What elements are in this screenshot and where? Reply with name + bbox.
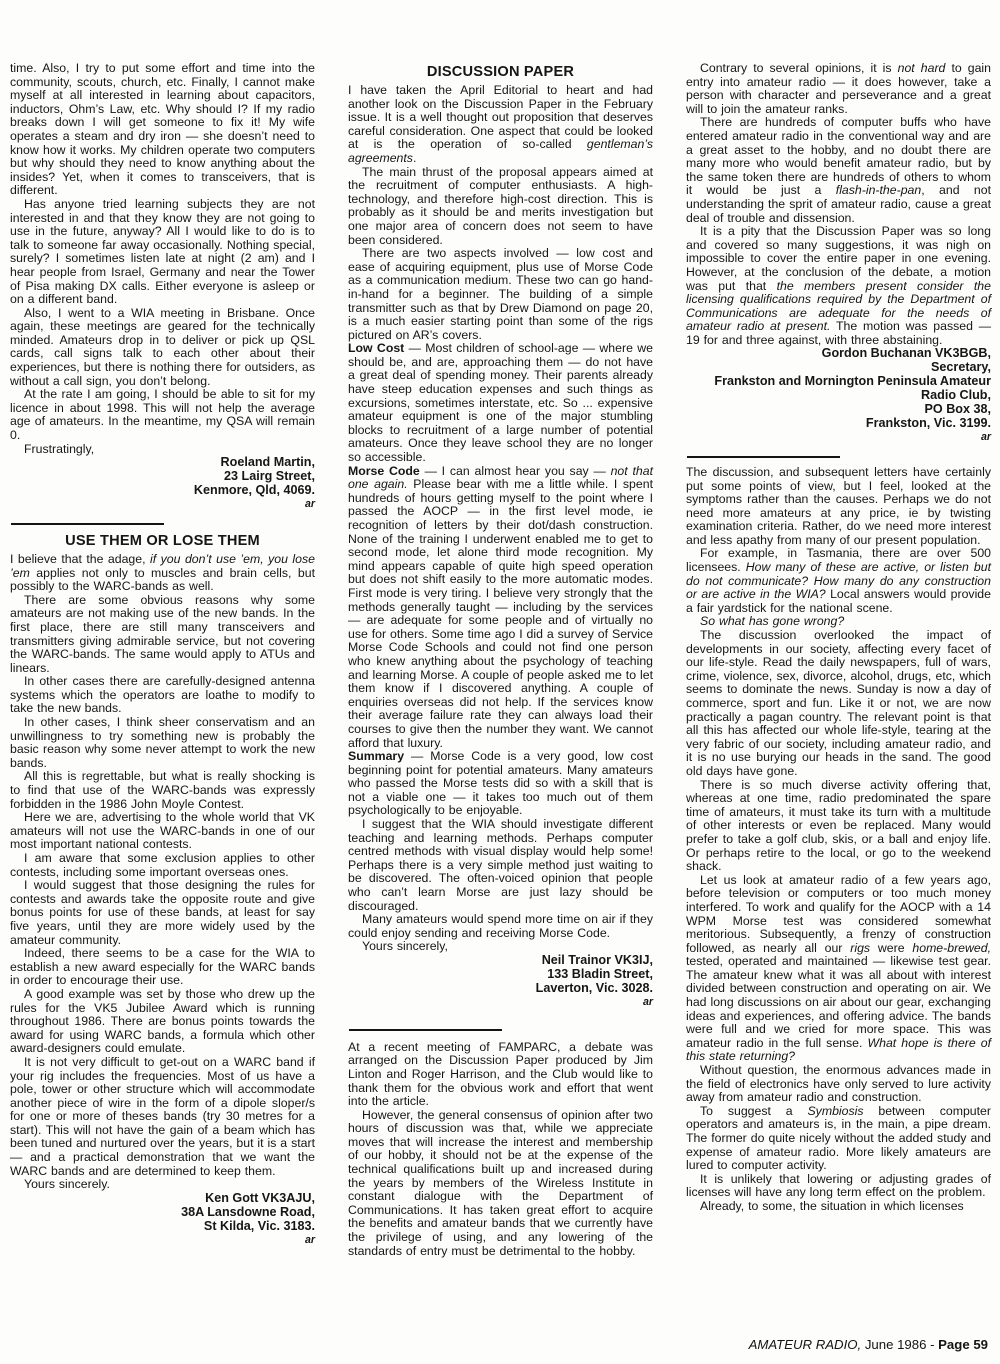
- text-run: At a recent meeting of FAMPARC, a debate…: [348, 1040, 653, 1108]
- italic-text-run: flash-in-the-pan: [836, 183, 921, 197]
- text-run: It is not very difficult to get-out on a…: [10, 1055, 315, 1178]
- signature-line: Kenmore, Qld, 4069.: [10, 484, 315, 498]
- paragraph: In other cases, I think sheer conservati…: [10, 716, 315, 770]
- end-mark: ar: [348, 996, 653, 1008]
- text-run: I believe that the adage,: [10, 552, 150, 566]
- paragraph: So what has gone wrong?: [686, 615, 991, 629]
- text-run: In other cases there are carefully-desig…: [10, 674, 315, 715]
- paragraph: Let us look at amateur radio of a few ye…: [686, 874, 991, 1064]
- text-run: Please bear with me a little while. I sp…: [348, 477, 653, 749]
- signature-line: PO Box 38,: [686, 403, 991, 417]
- section-divider: [349, 1029, 502, 1031]
- page-footer: AMATEUR RADIO, June 1986 - Page 59: [749, 1337, 988, 1352]
- italic-text-run: rigs: [850, 941, 870, 955]
- text-run: time. Also, I try to put some effort and…: [10, 61, 315, 197]
- end-mark: ar: [10, 1234, 315, 1246]
- paragraph: Low Cost — Most children of school-age —…: [348, 342, 653, 464]
- paragraph: I would suggest that those designing the…: [10, 879, 315, 947]
- signature-line: Neil Trainor VK3IJ,: [348, 954, 653, 968]
- signature-line: Frankston and Mornington Peninsula Amate…: [686, 375, 991, 389]
- paragraph: Summary — Morse Code is a very good, low…: [348, 750, 653, 818]
- letter-signature: Neil Trainor VK3IJ,133 Bladin Street,Lav…: [348, 954, 653, 1008]
- footer-page-number: Page 59: [938, 1337, 988, 1352]
- text-run: The main thrust of the proposal appears …: [348, 165, 653, 247]
- paragraph: There are hundreds of computer buffs who…: [686, 116, 991, 225]
- footer-issue-date: June 1986 -: [861, 1337, 938, 1352]
- text-run: There are two aspects involved — low cos…: [348, 246, 653, 342]
- signature-line: Ken Gott VK3AJU,: [10, 1192, 315, 1206]
- text-run: — Most children of school-age — where we…: [348, 341, 653, 464]
- paragraph: Morse Code — I can almost hear you say —…: [348, 465, 653, 750]
- text-run: .: [413, 151, 416, 165]
- paragraph: In other cases there are carefully-desig…: [10, 675, 315, 716]
- paragraph: Has anyone tried learning subjects they …: [10, 198, 315, 307]
- text-run: — I can almost hear you say —: [420, 464, 611, 478]
- text-run: However, the general consensus of opinio…: [348, 1108, 653, 1258]
- text-run: Has anyone tried learning subjects they …: [10, 197, 315, 306]
- text-run: I would suggest that those designing the…: [10, 878, 315, 946]
- signature-line: Gordon Buchanan VK3BGB,: [686, 347, 991, 361]
- text-run: Many amateurs would spend more time on a…: [348, 912, 653, 940]
- text-run: A good example was set by those who drew…: [10, 987, 315, 1055]
- text-run: There is so much diverse activity offeri…: [686, 778, 991, 874]
- paragraph: Here we are, advertising to the whole wo…: [10, 811, 315, 852]
- paragraph: A good example was set by those who drew…: [10, 988, 315, 1056]
- signature-line: Laverton, Vic. 3028.: [348, 982, 653, 996]
- italic-text-run: home-brewed,: [912, 941, 991, 955]
- paragraph: time. Also, I try to put some effort and…: [10, 62, 315, 198]
- paragraph: I have taken the April Editorial to hear…: [348, 84, 653, 166]
- text-run: The discussion, and subsequent letters h…: [686, 465, 991, 547]
- paragraph: Indeed, there seems to be a case for the…: [10, 947, 315, 988]
- paragraph: There is so much diverse activity offeri…: [686, 779, 991, 874]
- column-middle: DISCUSSION PAPERI have taken the April E…: [348, 62, 653, 1258]
- paragraph: The discussion overlooked the impact of …: [686, 629, 991, 779]
- paragraph: However, the general consensus of opinio…: [348, 1109, 653, 1259]
- signature-line: 133 Bladin Street,: [348, 968, 653, 982]
- italic-text-run: So what has gone wrong?: [700, 614, 844, 628]
- text-run: Indeed, there seems to be a case for the…: [10, 946, 315, 987]
- text-run: In other cases, I think sheer conservati…: [10, 715, 315, 770]
- paragraph: Yours sincerely.: [10, 1178, 315, 1192]
- signature-line: 38A Lansdowne Road,: [10, 1206, 315, 1220]
- text-run: The discussion overlooked the impact of …: [686, 628, 991, 778]
- signature-line: St Kilda, Vic. 3183.: [10, 1220, 315, 1234]
- paragraph: For example, in Tasmania, there are over…: [686, 547, 991, 615]
- end-mark: ar: [10, 498, 315, 510]
- text-run: Yours sincerely,: [362, 939, 448, 953]
- paragraph: I am aware that some exclusion applies t…: [10, 852, 315, 879]
- magazine-page: time. Also, I try to put some effort and…: [0, 0, 1000, 1364]
- text-run: Without question, the enormous advances …: [686, 1063, 991, 1104]
- text-run: I suggest that the WIA should investigat…: [348, 817, 653, 913]
- footer-magazine-title: AMATEUR RADIO,: [749, 1337, 862, 1352]
- text-run: Yours sincerely.: [24, 1177, 110, 1191]
- text-run: To suggest a: [700, 1104, 807, 1118]
- text-run: Already, to some, the situation in which…: [700, 1199, 964, 1213]
- text-run: I am aware that some exclusion applies t…: [10, 851, 315, 879]
- signature-line: 23 Lairg Street,: [10, 470, 315, 484]
- signature-line: Frankston, Vic. 3199.: [686, 417, 991, 431]
- text-run: Also, I went to a WIA meeting in Brisban…: [10, 306, 315, 388]
- bold-text-run: Low Cost: [348, 341, 404, 355]
- bold-text-run: Summary: [348, 749, 404, 763]
- paragraph: The main thrust of the proposal appears …: [348, 166, 653, 248]
- text-run: applies not only to muscles and brain ce…: [10, 566, 315, 594]
- paragraph: I believe that the adage, if you don’t u…: [10, 553, 315, 594]
- section-divider: [11, 523, 164, 525]
- paragraph: Many amateurs would spend more time on a…: [348, 913, 653, 940]
- letters-columns: time. Also, I try to put some effort and…: [10, 62, 993, 1258]
- letter-signature: Gordon Buchanan VK3BGB,Secretary,Frankst…: [686, 347, 991, 442]
- text-run: At the rate I am going, I should be able…: [10, 387, 315, 442]
- signature-line: Secretary,: [686, 361, 991, 375]
- paragraph: Also, I went to a WIA meeting in Brisban…: [10, 307, 315, 389]
- paragraph: Without question, the enormous advances …: [686, 1064, 991, 1105]
- end-mark: ar: [686, 431, 991, 443]
- text-run: Frustratingly,: [24, 442, 94, 456]
- paragraph: It is not very difficult to get-out on a…: [10, 1056, 315, 1178]
- paragraph: Already, to some, the situation in which…: [686, 1200, 991, 1214]
- italic-text-run: Symbiosis: [807, 1104, 863, 1118]
- bold-text-run: Morse Code: [348, 464, 420, 478]
- paragraph: I suggest that the WIA should investigat…: [348, 818, 653, 913]
- signature-line: Roeland Martin,: [10, 456, 315, 470]
- paragraph: There are two aspects involved — low cos…: [348, 247, 653, 342]
- paragraph: There are some obvious reasons why some …: [10, 594, 315, 676]
- paragraph: It is a pity that the Discussion Paper w…: [686, 225, 991, 347]
- paragraph: Contrary to several opinions, it is not …: [686, 62, 991, 116]
- text-run: All this is regrettable, but what is rea…: [10, 769, 315, 810]
- text-run: Here we are, advertising to the whole wo…: [10, 810, 315, 851]
- section-heading: DISCUSSION PAPER: [348, 64, 653, 81]
- italic-text-run: not hard: [898, 61, 946, 75]
- paragraph: Frustratingly,: [10, 443, 315, 457]
- paragraph: It is unlikely that lowering or adjustin…: [686, 1173, 991, 1200]
- text-run: were: [870, 941, 912, 955]
- letter-signature: Ken Gott VK3AJU,38A Lansdowne Road,St Ki…: [10, 1192, 315, 1246]
- paragraph: At a recent meeting of FAMPARC, a debate…: [348, 1041, 653, 1109]
- signature-line: Radio Club,: [686, 389, 991, 403]
- section-divider: [687, 456, 840, 458]
- paragraph: All this is regrettable, but what is rea…: [10, 770, 315, 811]
- text-run: There are some obvious reasons why some …: [10, 593, 315, 675]
- column-left: time. Also, I try to put some effort and…: [10, 62, 315, 1258]
- section-heading: USE THEM OR LOSE THEM: [10, 533, 315, 550]
- paragraph: To suggest a Symbiosis between computer …: [686, 1105, 991, 1173]
- column-right: Contrary to several opinions, it is not …: [686, 62, 991, 1258]
- paragraph: Yours sincerely,: [348, 940, 653, 954]
- paragraph: The discussion, and subsequent letters h…: [686, 466, 991, 548]
- paragraph: At the rate I am going, I should be able…: [10, 388, 315, 442]
- text-run: Contrary to several opinions, it is: [700, 61, 898, 75]
- text-run: It is unlikely that lowering or adjustin…: [686, 1172, 991, 1200]
- letter-signature: Roeland Martin,23 Lairg Street,Kenmore, …: [10, 456, 315, 510]
